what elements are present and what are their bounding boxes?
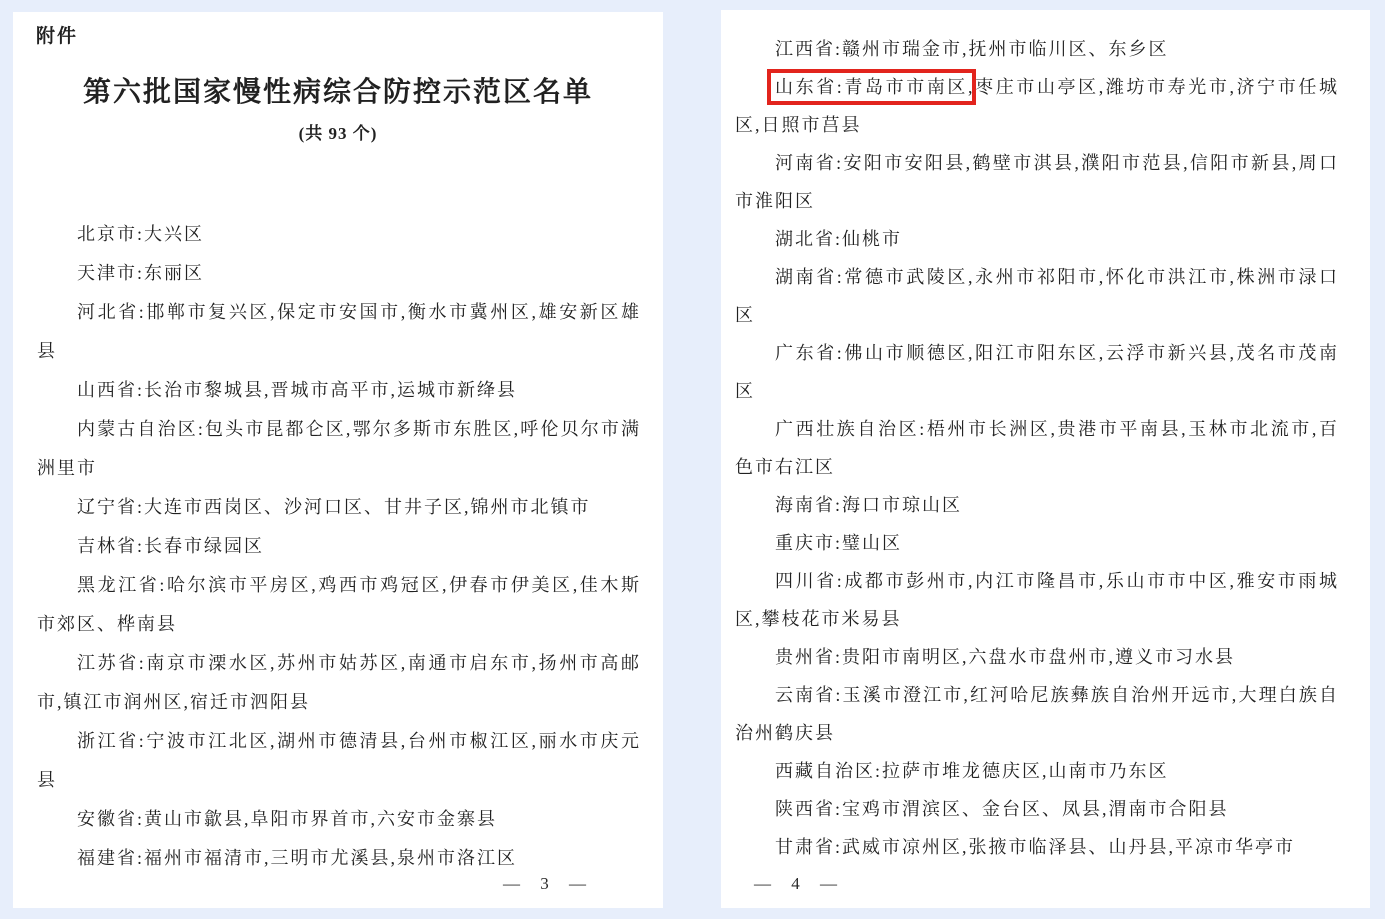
province-entry-hebei: 河北省:邯郸市复兴区,保定市安国市,衡水市冀州区,雄安新区雄县 — [37, 293, 641, 371]
province-entry-anhui: 安徽省:黄山市歙县,阜阳市界首市,六安市金寨县 — [37, 800, 641, 839]
document-scan-canvas: { "colors": { "canvasBg": "#e7eefb", "pa… — [0, 0, 1385, 919]
province-entry-hainan: 海南省:海口市琼山区 — [735, 486, 1339, 524]
province-entry-neimenggu: 内蒙古自治区:包头市昆都仑区,鄂尔多斯市东胜区,呼伦贝尔市满洲里市 — [37, 410, 641, 488]
province-entry-guizhou: 贵州省:贵阳市南明区,六盘水市盘州市,遵义市习水县 — [735, 638, 1339, 676]
province-list-page-3: 北京市:大兴区 天津市:东丽区 河北省:邯郸市复兴区,保定市安国市,衡水市冀州区… — [37, 215, 641, 878]
red-highlight-box: 山东省:青岛市市南区 — [775, 77, 968, 97]
province-entry-shaanxi: 陕西省:宝鸡市渭滨区、金台区、凤县,渭南市合阳县 — [735, 790, 1339, 828]
province-entry-chongqing: 重庆市:璧山区 — [735, 524, 1339, 562]
document-subtitle-count: (共 93 个) — [13, 119, 663, 144]
province-entry-fujian: 福建省:福州市福清市,三明市尤溪县,泉州市洛江区 — [37, 839, 641, 878]
province-entry-guangdong: 广东省:佛山市顺德区,阳江市阳东区,云浮市新兴县,茂名市茂南区 — [735, 334, 1339, 410]
document-page-3: 附件 第六批国家慢性病综合防控示范区名单 (共 93 个) 北京市:大兴区 天津… — [13, 12, 663, 908]
province-entry-yunnan: 云南省:玉溪市澄江市,红河哈尼族彝族自治州开远市,大理白族自治州鹤庆县 — [735, 676, 1339, 752]
province-entry-henan: 河南省:安阳市安阳县,鹤壁市淇县,濮阳市范县,信阳市新县,周口市淮阳区 — [735, 144, 1339, 220]
province-entry-xizang: 西藏自治区:拉萨市堆龙德庆区,山南市乃东区 — [735, 752, 1339, 790]
province-entry-liaoning: 辽宁省:大连市西岗区、沙河口区、甘井子区,锦州市北镇市 — [37, 488, 641, 527]
province-entry-jiangxi: 江西省:赣州市瑞金市,抚州市临川区、东乡区 — [735, 30, 1339, 68]
province-entry-beijing: 北京市:大兴区 — [37, 215, 641, 254]
province-entry-heilongjiang: 黑龙江省:哈尔滨市平房区,鸡西市鸡冠区,伊春市伊美区,佳木斯市郊区、桦南县 — [37, 566, 641, 644]
province-entry-shandong: 山东省:青岛市市南区,枣庄市山亭区,潍坊市寿光市,济宁市任城区,日照市莒县 — [735, 68, 1339, 144]
page-number-4: — 4 — — [754, 874, 840, 894]
province-entry-gansu: 甘肃省:武威市凉州区,张掖市临泽县、山丹县,平凉市华亭市 — [735, 828, 1339, 866]
province-entry-tianjin: 天津市:东丽区 — [37, 254, 641, 293]
province-entry-zhejiang: 浙江省:宁波市江北区,湖州市德清县,台州市椒江区,丽水市庆元县 — [37, 722, 641, 800]
province-entry-hubei: 湖北省:仙桃市 — [735, 220, 1339, 258]
page-number-3: — 3 — — [503, 874, 589, 894]
province-entry-hunan: 湖南省:常德市武陵区,永州市祁阳市,怀化市洪江市,株洲市渌口区 — [735, 258, 1339, 334]
document-title: 第六批国家慢性病综合防控示范区名单 — [13, 70, 663, 110]
province-list-page-4: 江西省:赣州市瑞金市,抚州市临川区、东乡区 山东省:青岛市市南区,枣庄市山亭区,… — [735, 30, 1339, 866]
attachment-label: 附件 — [36, 21, 78, 48]
province-entry-jilin: 吉林省:长春市绿园区 — [37, 527, 641, 566]
province-entry-jiangsu: 江苏省:南京市溧水区,苏州市姑苏区,南通市启东市,扬州市高邮市,镇江市润州区,宿… — [37, 644, 641, 722]
province-entry-sichuan: 四川省:成都市彭州市,内江市隆昌市,乐山市市中区,雅安市雨城区,攀枝花市米易县 — [735, 562, 1339, 638]
province-entry-guangxi: 广西壮族自治区:梧州市长洲区,贵港市平南县,玉林市北流市,百色市右江区 — [735, 410, 1339, 486]
province-entry-shanxi: 山西省:长治市黎城县,晋城市高平市,运城市新绛县 — [37, 371, 641, 410]
document-page-4: 江西省:赣州市瑞金市,抚州市临川区、东乡区 山东省:青岛市市南区,枣庄市山亭区,… — [721, 10, 1370, 908]
